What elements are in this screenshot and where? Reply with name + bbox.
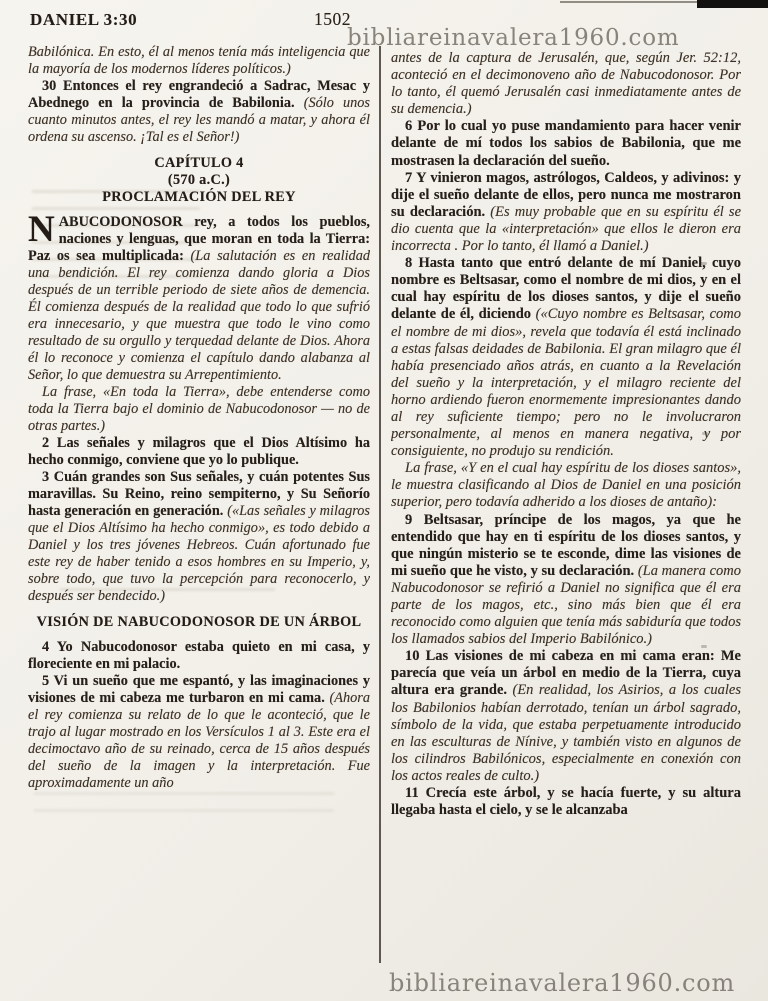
- section-heading: CAPÍTULO 4(570 a.C.)PROCLAMACIÓN DEL REY: [28, 155, 370, 206]
- chapter-opening-paragraph: NABUCODONOSOR rey, a todos los pueblos, …: [28, 214, 370, 384]
- verse-text: 6 Por lo cual yo puse mandamiento para h…: [391, 118, 741, 168]
- verse-text: 4 Yo Nabucodonosor estaba quieto en mi c…: [28, 639, 370, 672]
- commentary-text: antes de la captura de Jerusalén, que, s…: [391, 50, 741, 117]
- section-heading-line: (570 a.C.): [28, 172, 370, 189]
- paragraph: 11 Crecía este árbol, y se hacía fuerte,…: [391, 785, 741, 819]
- section-heading: VISIÓN DE NABUCODONOSOR DE UN ÁRBOL: [28, 614, 370, 631]
- commentary-text: Babilónica. En esto, él al menos tenía m…: [28, 44, 370, 77]
- scan-corner-mark: [697, 0, 768, 8]
- paragraph: La frase, «En toda la Tierra», debe ente…: [28, 384, 370, 435]
- paragraph: 7 Y vinieron magos, astrólogos, Caldeos,…: [391, 170, 741, 255]
- paragraph: antes de la captura de Jerusalén, que, s…: [391, 50, 741, 118]
- paragraph: 10 Las visiones de mi cabeza en mi cama …: [391, 648, 741, 785]
- paragraph: 3 Cuán grandes son Sus señales, y cuán p…: [28, 469, 370, 605]
- commentary-text: La frase, «Y en el cual hay espíritu de …: [391, 460, 741, 510]
- paragraph: 30 Entonces el rey engrandeció a Sadrac,…: [28, 78, 370, 146]
- column-divider-rule: [379, 46, 381, 963]
- running-head-book-reference: DANIEL 3:30: [30, 10, 137, 30]
- paragraph: 5 Vi un sueño que me espantó, y las imag…: [28, 673, 370, 792]
- paragraph: 8 Hasta tanto que entró delante de mí Da…: [391, 255, 741, 460]
- section-heading-line: VISIÓN DE NABUCODONOSOR DE UN ÁRBOL: [28, 614, 370, 631]
- commentary-text: (La salutación es en realidad una bendic…: [28, 248, 370, 383]
- right-column: antes de la captura de Jerusalén, que, s…: [391, 50, 741, 970]
- commentary-text: La frase, «En toda la Tierra», debe ente…: [28, 384, 370, 434]
- watermark-top: bibliareinavalera1960.com: [347, 25, 679, 51]
- left-column: Babilónica. En esto, él al menos tenía m…: [28, 44, 370, 971]
- dropcap-letter: N: [28, 214, 59, 244]
- paragraph: 9 Beltsasar, príncipe de los magos, ya q…: [391, 512, 741, 649]
- verse-text: 11 Crecía este árbol, y se hacía fuerte,…: [391, 785, 741, 818]
- page-number: 1502: [314, 9, 351, 30]
- scanned-book-page: DANIEL 3:30 1502 bibliareinavalera1960.c…: [0, 0, 768, 1001]
- commentary-text: («Cuyo nombre es Beltsasar, como el nomb…: [391, 306, 741, 459]
- verse-text: 2 Las señales y milagros que el Dios Alt…: [28, 435, 370, 468]
- paragraph: Babilónica. En esto, él al menos tenía m…: [28, 44, 370, 78]
- section-heading-line: CAPÍTULO 4: [28, 155, 370, 172]
- verse-text: 5 Vi un sueño que me espantó, y las imag…: [28, 673, 370, 706]
- watermark-bottom: bibliareinavalera1960.com: [389, 969, 735, 997]
- scan-edge-line: [560, 1, 698, 3]
- paragraph: 4 Yo Nabucodonosor estaba quieto en mi c…: [28, 639, 370, 673]
- paragraph: 6 Por lo cual yo puse mandamiento para h…: [391, 118, 741, 169]
- paragraph: La frase, «Y en el cual hay espíritu de …: [391, 460, 741, 511]
- paragraph: 2 Las señales y milagros que el Dios Alt…: [28, 435, 370, 469]
- section-heading-line: PROCLAMACIÓN DEL REY: [28, 189, 370, 206]
